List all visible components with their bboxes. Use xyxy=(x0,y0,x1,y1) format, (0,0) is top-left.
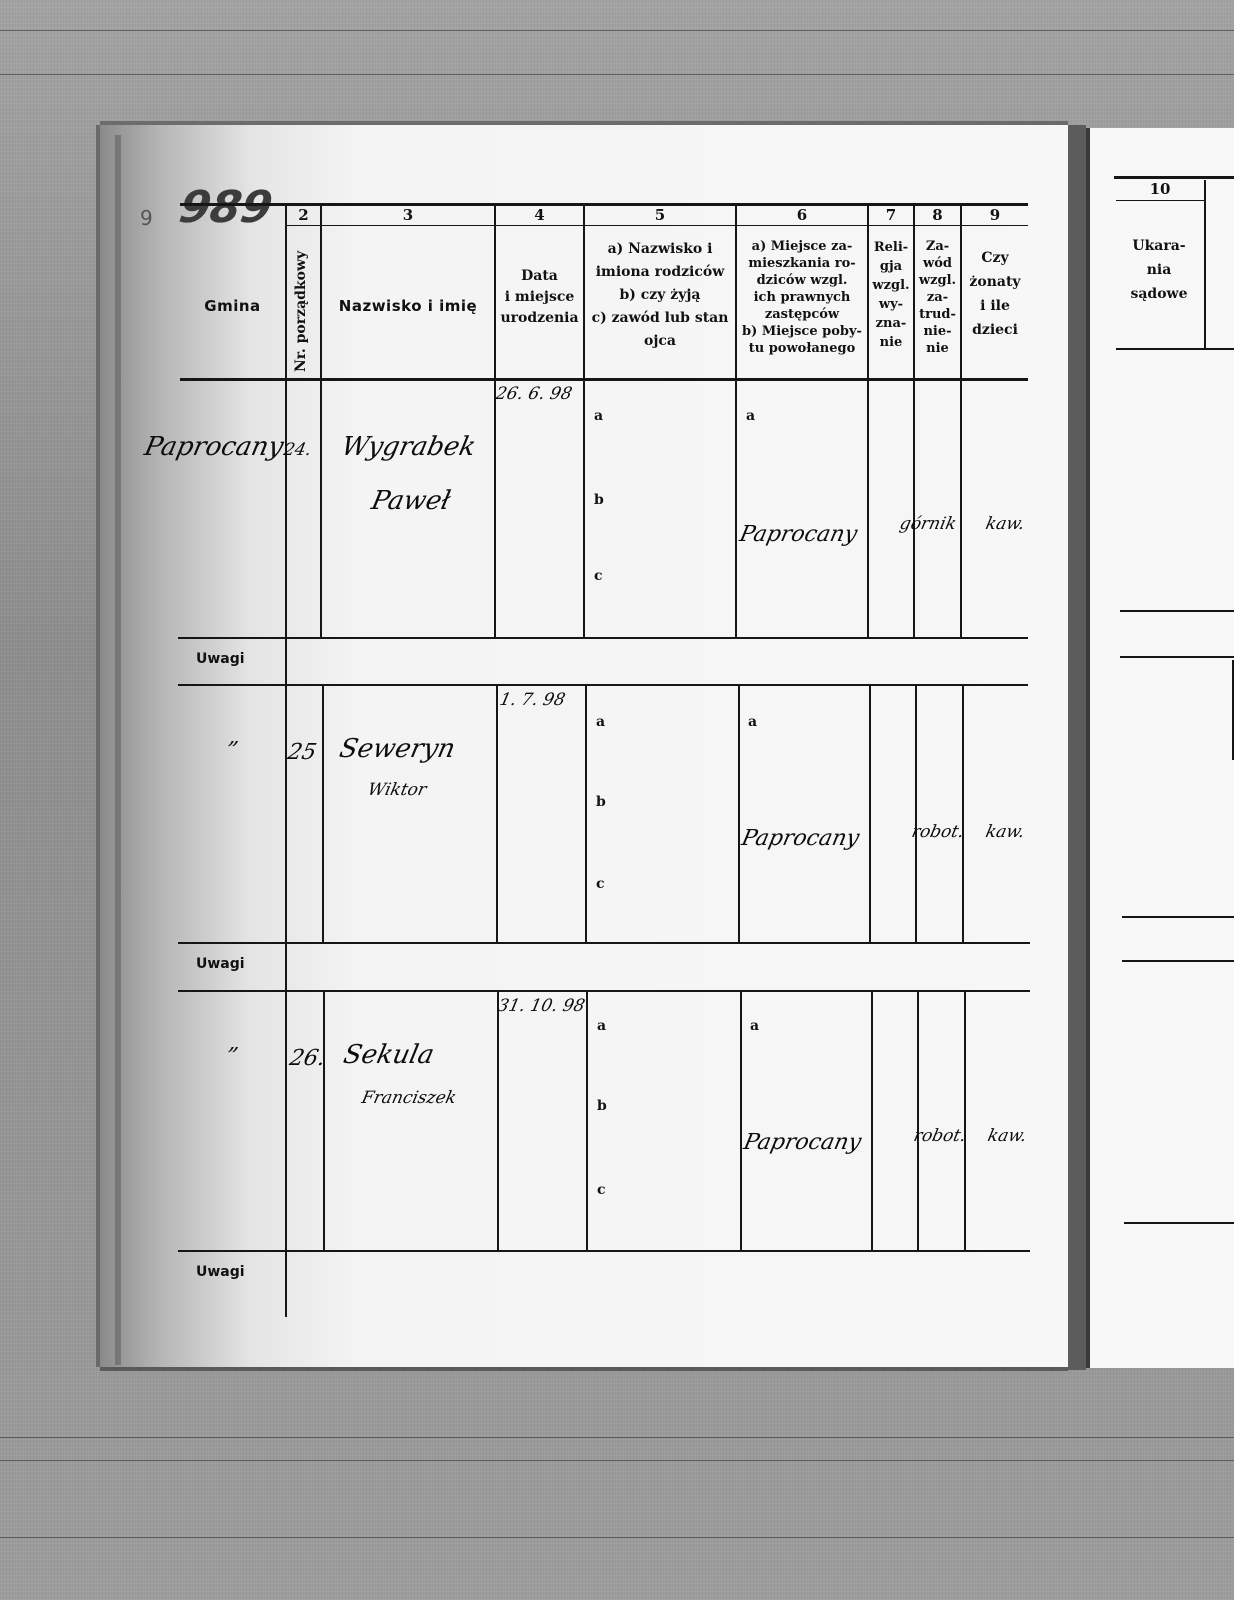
nr-value: 25 xyxy=(285,740,318,765)
col-number-8: 8 xyxy=(915,206,960,224)
remarks-field[interactable] xyxy=(290,1252,1030,1316)
remarks-label: Uwagi xyxy=(196,651,245,667)
sub-label-a: a xyxy=(594,408,603,424)
header-ukarania-sadowe: Ukara- nia sądowe xyxy=(1112,234,1206,306)
remarks-field[interactable] xyxy=(290,640,1028,684)
row-rule xyxy=(178,637,1028,639)
header-rodzice: a) Nazwisko i imiona rodziców b) czy żyj… xyxy=(585,238,735,353)
birth-date-value: 26. 6. 98 xyxy=(494,384,574,404)
sub-label-a: a xyxy=(750,1018,759,1034)
occupation-value: górnik xyxy=(898,514,958,534)
nr-value: 24. xyxy=(282,440,313,460)
first-name-value: Franciszek xyxy=(360,1088,458,1108)
corner-number-annotation: 9 xyxy=(140,206,153,230)
col-divider-4 xyxy=(585,686,587,942)
header-data-urodzenia: Data i miejsce urodzenia xyxy=(496,268,583,327)
right-header-number-rule xyxy=(1116,200,1206,201)
col-divider-6 xyxy=(871,992,873,1250)
sub-label-a: a xyxy=(748,714,757,730)
col-number-3: 3 xyxy=(322,206,494,224)
remarks-label: Uwagi xyxy=(196,956,245,972)
header-nazwisko-imie: Nazwisko i imię xyxy=(322,297,494,315)
right-header-bottom-rule xyxy=(1116,348,1234,350)
col-divider-2 xyxy=(323,992,325,1250)
col-divider-3 xyxy=(497,992,499,1250)
col-number-7: 7 xyxy=(869,206,913,224)
scan-line xyxy=(0,30,1234,31)
row-rule xyxy=(178,990,1030,992)
right-header-top-rule xyxy=(1114,176,1234,179)
residence-value: Paprocany xyxy=(739,826,861,851)
birth-date-value: 31. 10. 98 xyxy=(496,996,587,1016)
residence-value: Paprocany xyxy=(737,522,859,547)
sub-label-a: a xyxy=(596,714,605,730)
right-row-rule xyxy=(1120,656,1234,658)
occupation-value: robot. xyxy=(910,822,966,842)
header-number-rule xyxy=(286,225,1028,226)
header-zonaty: Czy żonaty i ile dzieci xyxy=(962,246,1028,342)
header-religia: Reli- gja wzgl. wy- zna- nie xyxy=(869,238,913,352)
sub-label-c: c xyxy=(594,568,603,584)
col-number-4: 4 xyxy=(496,206,583,224)
col-number-9: 9 xyxy=(962,206,1028,224)
col-number-2: 2 xyxy=(287,206,320,224)
scan-line xyxy=(0,1537,1234,1538)
marital-value: kaw. xyxy=(984,514,1027,534)
col-divider-5 xyxy=(738,686,740,942)
header-nr-porzadkowy: Nr. porządkowy xyxy=(293,236,309,372)
sub-label-b: b xyxy=(596,794,606,810)
sub-label-c: c xyxy=(596,876,605,892)
header-gmina: Gmina xyxy=(180,297,285,315)
register-page-right xyxy=(1086,128,1234,1368)
right-row-rule xyxy=(1122,960,1234,962)
first-name-value: Paweł xyxy=(369,486,453,516)
book-gutter xyxy=(1068,125,1086,1370)
col-divider-7 xyxy=(917,992,919,1250)
col-divider-2 xyxy=(322,686,324,942)
col-divider-4 xyxy=(586,992,588,1250)
header-zawod: Za- wód wzgl. za- trud- nie- nie xyxy=(915,238,960,357)
surname-value: Wygrabek xyxy=(339,432,479,462)
gmina-value: Paprocany xyxy=(142,432,286,462)
surname-value: Sekula xyxy=(341,1040,437,1070)
marital-value: kaw. xyxy=(984,822,1027,842)
col-divider-5 xyxy=(740,992,742,1250)
header-bottom-rule xyxy=(180,378,1028,381)
sub-label-c: c xyxy=(597,1182,606,1198)
right-row-rule xyxy=(1124,1222,1234,1224)
sub-label-a: a xyxy=(746,408,755,424)
col-number-10: 10 xyxy=(1116,180,1204,198)
scan-line xyxy=(0,1437,1234,1438)
sheet-number-annotation: 989 xyxy=(176,182,277,233)
right-row-rule xyxy=(1122,916,1234,918)
col-divider-3 xyxy=(496,686,498,942)
row-rule xyxy=(178,684,1028,686)
page-fold-shadow xyxy=(115,135,121,1365)
residence-value: Paprocany xyxy=(741,1130,863,1155)
col-divider-8 xyxy=(962,686,964,942)
birth-date-value: 1. 7. 98 xyxy=(498,690,567,710)
first-name-value: Wiktor xyxy=(366,780,428,800)
marital-value: kaw. xyxy=(986,1126,1029,1146)
col-divider-8 xyxy=(964,992,966,1250)
col-divider-7 xyxy=(915,686,917,942)
occupation-value: robot. xyxy=(912,1126,968,1146)
scan-line xyxy=(0,74,1234,75)
sub-label-a: a xyxy=(597,1018,606,1034)
sub-label-b: b xyxy=(594,492,604,508)
sub-label-b: b xyxy=(597,1098,607,1114)
header-miejsce-zamieszkania: a) Miejsce za- mieszkania ro- dziców wzg… xyxy=(737,238,867,357)
scan-line xyxy=(0,1460,1234,1461)
right-row-rule xyxy=(1120,610,1234,612)
col-number-5: 5 xyxy=(585,206,735,224)
surname-value: Seweryn xyxy=(337,734,458,764)
col-divider-2 xyxy=(320,205,322,638)
remarks-field[interactable] xyxy=(290,944,1030,990)
remarks-label: Uwagi xyxy=(196,1264,245,1280)
col-number-6: 6 xyxy=(737,206,867,224)
col-divider-6 xyxy=(869,686,871,942)
nr-value: 26. xyxy=(287,1046,327,1071)
